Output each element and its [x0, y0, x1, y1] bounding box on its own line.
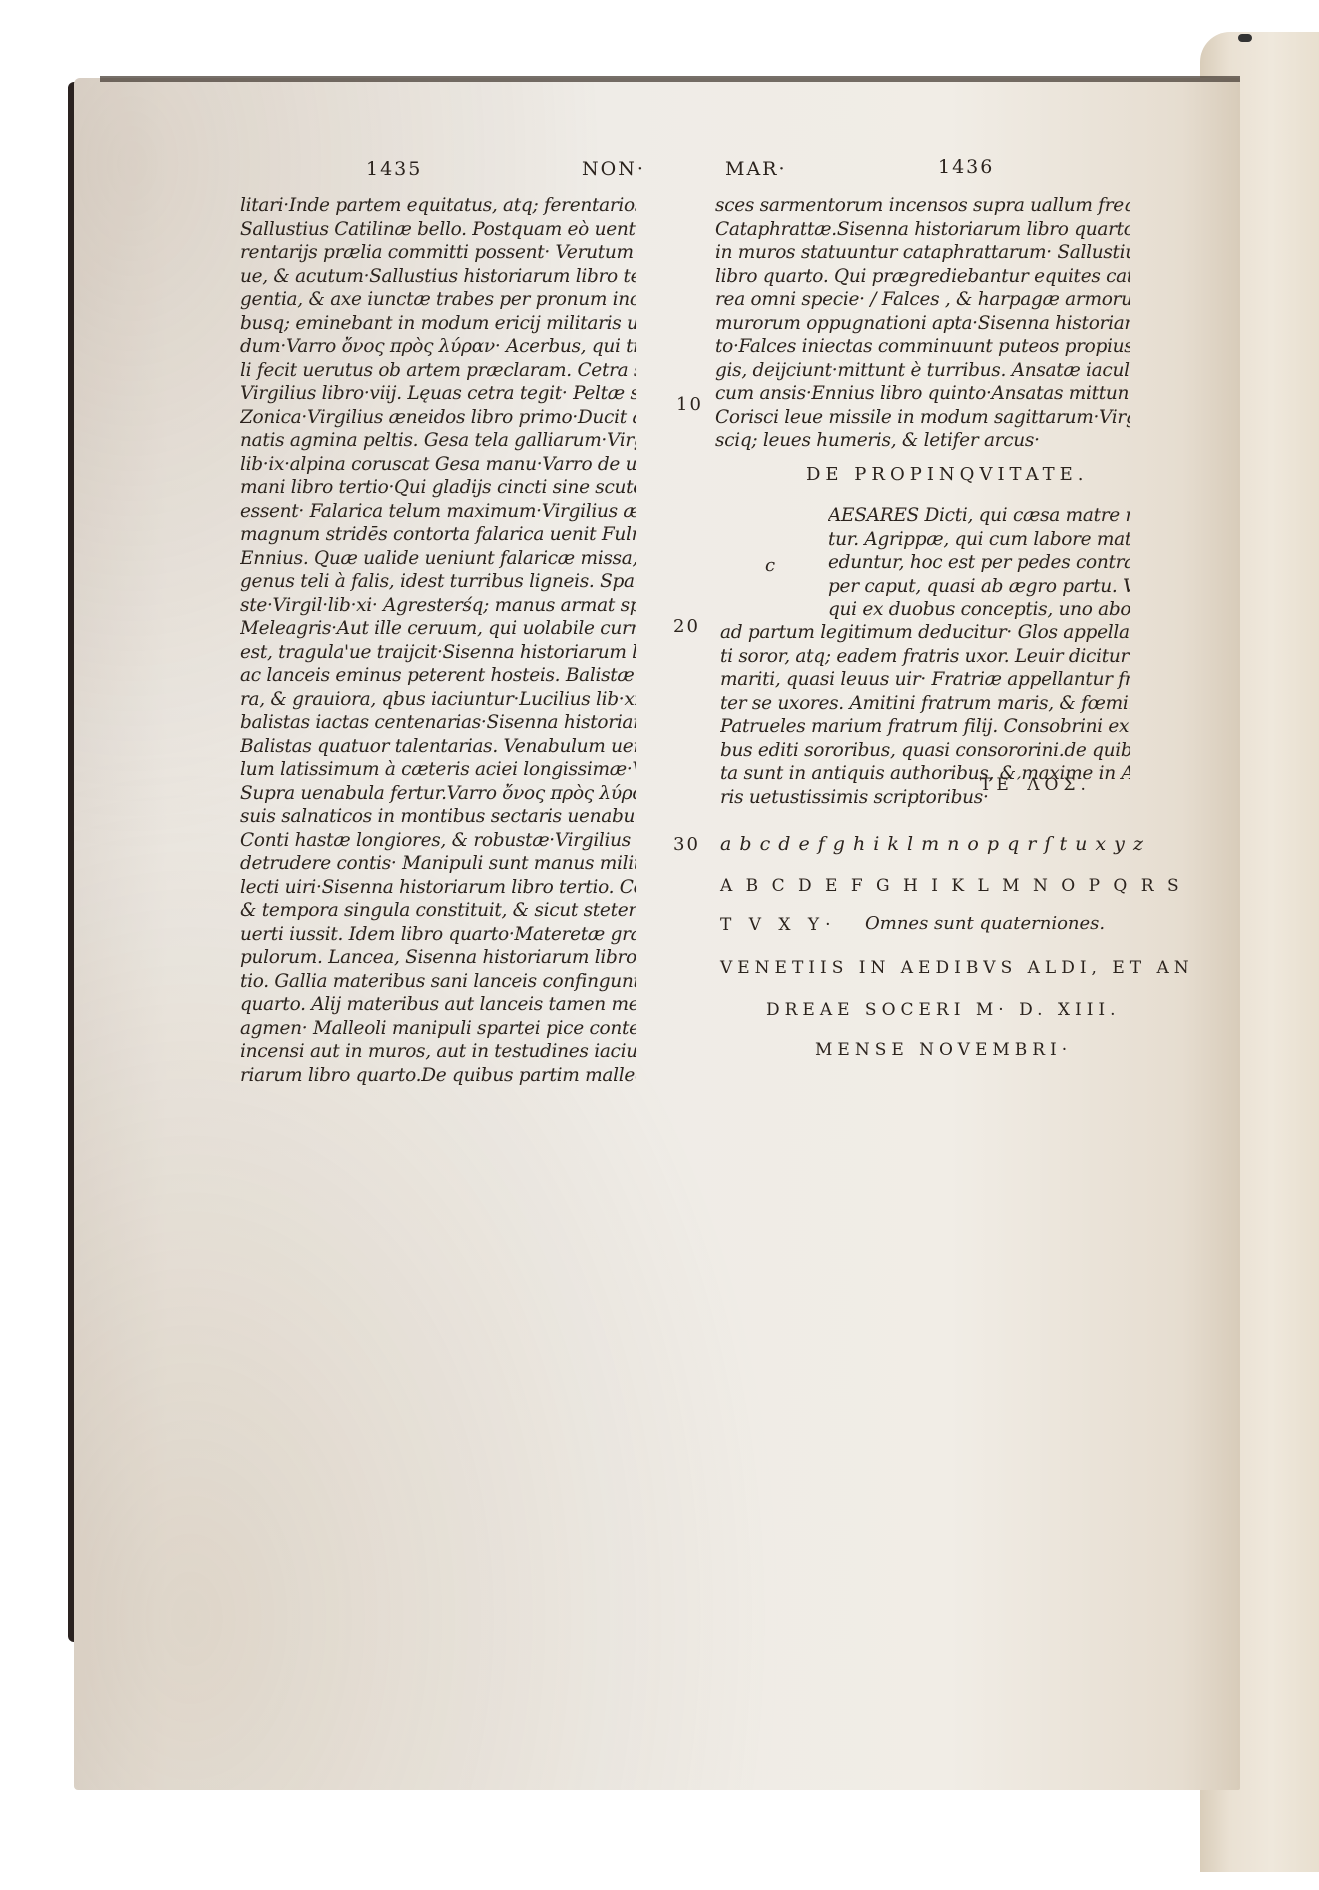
text-line: & tempora singula constituit, & sicut st… [240, 899, 636, 923]
text-line: agmen· Malleoli manipuli spartei pice co… [240, 1017, 636, 1041]
text-line: natis agmina peltis. Gesa tela galliarum… [240, 429, 636, 453]
text-line: Conti hastæ longiores, & robustæ·Virgili… [240, 829, 636, 853]
text-line: litari·Inde partem equitatus, atq; feren… [240, 194, 636, 218]
text-line: Balistas quatuor talentarias. Venabulum … [240, 735, 636, 759]
text-line: pulorum. Lancea, Sisenna historiarum lib… [240, 946, 636, 970]
text-line: gentia, & axe iunctæ trabes per pronum i… [240, 288, 636, 312]
text-line: incensi aut in muros, aut in testudines … [240, 1040, 636, 1064]
text-line: qui ex duobus conceptis, uno abortu excl… [828, 598, 1130, 622]
text-line: mani libro tertio·Qui gladijs cincti sin… [240, 476, 636, 500]
text-line: genus teli à falis, idest turribus ligne… [240, 570, 636, 594]
left-running-head: NON· [582, 158, 645, 180]
register-note: Omnes sunt quaterniones. [865, 913, 1105, 934]
text-line: rentarijs prælia committi possent· Verut… [240, 241, 636, 265]
colophon-line-2: DREAE SOCERI M· D. XIII. [766, 1000, 1121, 1020]
text-line: in muros statuuntur cataphrattarum· Sall… [715, 241, 1130, 265]
text-line: mariti, quasi leuus uir· Fratriæ appella… [720, 668, 1130, 692]
text-line: quarto. Alij materibus aut lanceis tamen… [240, 993, 636, 1017]
text-line: bus editi sororibus, quasi consororini.d… [720, 739, 1130, 763]
section-indented-text: AESARES Dicti, qui cæsa matre nascun-tur… [828, 504, 1130, 622]
register-uppercase: A B C D E F G H I K L M N O P Q R S [720, 876, 1183, 896]
right-running-head: MAR· [725, 158, 787, 180]
text-line: ter se uxores. Amitini fratrum maris, & … [720, 692, 1130, 716]
left-page-number: 1435 [366, 158, 422, 180]
telos-greek: ΤΕ΄ΛΟΣ. [980, 775, 1091, 795]
text-line: lecti uiri·Sisenna historiarum libro ter… [240, 876, 636, 900]
page-top-edge [100, 76, 1240, 82]
text-line: ad partum legitimum deducitur· Glos appe… [720, 621, 1130, 645]
text-line: Ennius. Quæ ualide ueniunt falaricæ miss… [240, 547, 636, 571]
text-line: detrudere contis· Manipuli sunt manus mi… [240, 852, 636, 876]
text-line: suis salnaticos in montibus sectaris uen… [240, 805, 636, 829]
text-line: lib·ix·alpina coruscat Gesa manu·Varro d… [240, 453, 636, 477]
text-line: Cataphrattæ.Sisenna historiarum libro qu… [715, 218, 1130, 242]
marginal-letter: c [765, 555, 777, 576]
text-line: gis, deijciunt·mittunt è turribus. Ansat… [715, 359, 1130, 383]
right-text-column-top: sces sarmentorum incensos supra uallum f… [715, 194, 1130, 453]
text-line: tio. Gallia materibus sani lanceis confi… [240, 970, 636, 994]
text-line: Zonica·Virgilius æneidos libro primo·Duc… [240, 406, 636, 430]
text-line: est, tragula'ue traijcit·Sisenna histori… [240, 641, 636, 665]
text-line: Sallustius Catilinæ bello. Postquam eò u… [240, 218, 636, 242]
text-line: per caput, quasi ab ægro partu. Vopiscus [828, 575, 1130, 599]
text-line: busq; eminebant in modum ericij militari… [240, 312, 636, 336]
line-number-10: 10 [676, 394, 703, 415]
colophon-line-1: VENETIIS IN AEDIBVS ALDI, ET AN [720, 958, 1194, 978]
text-line: to·Falces iniectas comminuunt puteos pro… [715, 335, 1130, 359]
text-line: magnum stridēs contorta falarica uenit F… [240, 523, 636, 547]
text-line: ra, & grauiora, qbus iaciuntur·Lucilius … [240, 688, 636, 712]
text-line: balistas iactas centenarias·Sisenna hist… [240, 711, 636, 735]
text-line: ti soror, atq; eadem fratris uxor. Leuir… [720, 645, 1130, 669]
text-line: libro quarto. Qui prægrediebantur equite… [715, 265, 1130, 289]
colophon-line-3: MENSE NOVEMBRI· [815, 1040, 1072, 1060]
text-line: lum latissimum à cæteris aciei longissim… [240, 758, 636, 782]
text-line: Virgilius libro·viij. Lęuas cetra tegit·… [240, 382, 636, 406]
text-line: Patrueles marium fratrum filij. Consobri… [720, 715, 1130, 739]
text-line: li fecit uerutus ob artem præclaram. Cet… [240, 359, 636, 383]
text-line: ue, & acutum·Sallustius historiarum libr… [240, 265, 636, 289]
text-line: dum·Varro ὄνος πρὸς λύραν· Acerbus, qui … [240, 335, 636, 359]
line-number-20: 20 [673, 616, 700, 637]
text-line: sces sarmentorum incensos supra uallum f… [715, 194, 1130, 218]
section-title: DE PROPINQVITATE. [806, 464, 1088, 485]
text-line: tur. Agrippæ, qui cum labore matris [828, 528, 1130, 552]
text-line: riarum libro quarto.De quibus partim mal… [240, 1064, 636, 1088]
text-line: rea omni specie· / Falces , & harpagæ ar… [715, 288, 1130, 312]
text-line: essent· Falarica telum maximum·Virgilius… [240, 500, 636, 524]
page-curl-shadow [1238, 34, 1252, 42]
text-line: uerti iussit. Idem libro quarto·Materetæ… [240, 923, 636, 947]
text-line: ste·Virgil·lib·xi· Agresterśq; manus arm… [240, 594, 636, 618]
text-line: AESARES Dicti, qui cæsa matre nascun- [828, 504, 1130, 528]
line-number-30: 30 [673, 834, 700, 855]
text-line: Corisci leue missile in modum sagittarum… [715, 406, 1130, 430]
left-text-column: litari·Inde partem equitatus, atq; feren… [240, 194, 636, 1087]
register-final: T V X Y· [720, 915, 837, 935]
text-line: ac lanceis eminus peterent hosteis. Bali… [240, 664, 636, 688]
text-line: Supra uenabula fertur.Varro ὄνος πρὸς λύ… [240, 782, 636, 806]
text-line: sciq; leues humeris, & letifer arcus· [715, 429, 1130, 453]
text-line: murorum oppugnationi apta·Sisenna histor… [715, 312, 1130, 336]
register-lowercase: a b c d e f g h i k l m n o p q r ſ t u … [720, 833, 1144, 855]
text-line: eduntur, hoc est per pedes contra naturā… [828, 551, 1130, 575]
right-page-number: 1436 [938, 156, 994, 178]
text-line: Meleagris·Aut ille ceruum, qui uolabile … [240, 617, 636, 641]
text-line: cum ansis·Ennius libro quinto·Ansatas mi… [715, 382, 1130, 406]
